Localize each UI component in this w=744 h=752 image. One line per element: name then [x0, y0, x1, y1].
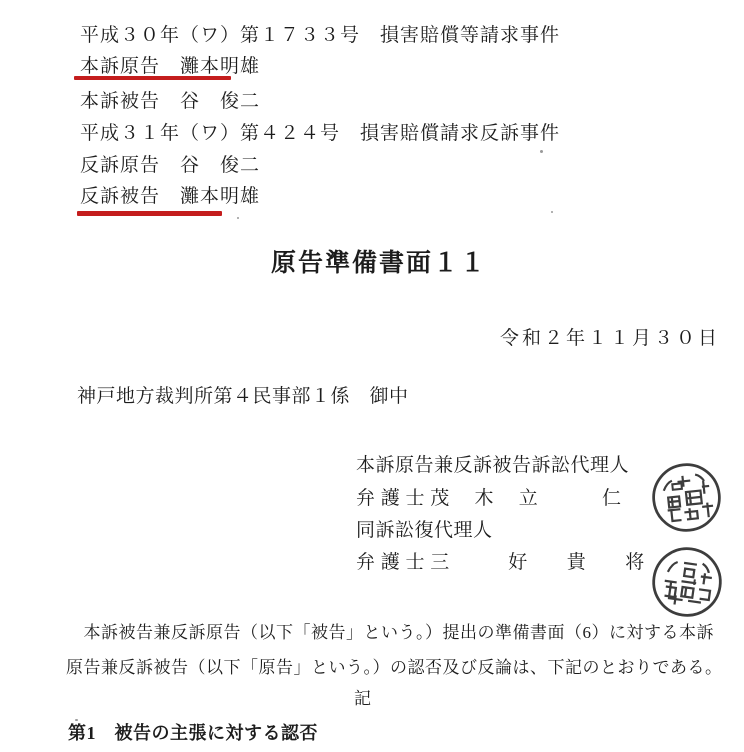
red-underline-counter-defendant [77, 211, 222, 216]
body-paragraph-line1: 本訴被告兼反訴原告（以下「被告」という。）提出の準備書面（6）に対する本訴 [66, 624, 714, 641]
document-date: 令和２年１１月３０日 [500, 329, 720, 348]
attorney1-name-line: 弁 護 士 茂 木 立 仁 [356, 489, 622, 508]
case1-defendant-line: 本訴被告 谷 俊二 [80, 92, 260, 111]
red-underline-plaintiff [74, 76, 231, 80]
scan-speck [75, 719, 78, 721]
attorney1-seal-icon [646, 457, 726, 537]
sub-representative-label: 同訴訟復代理人 [356, 521, 493, 540]
document-title: 原告準備書面１１ [271, 251, 487, 276]
case1-number-line: 平成３０年（ワ）第１７３３号 損害賠償等請求事件 [80, 26, 560, 45]
scan-speck [540, 150, 543, 153]
case1-plaintiff-line: 本訴原告 灘本明雄 [80, 57, 260, 76]
case2-number-line: 平成３１年（ワ）第４２４号 損害賠償請求反訴事件 [80, 124, 560, 143]
case2-defendant-line: 反訴被告 灘本明雄 [80, 187, 260, 206]
case2-plaintiff-line: 反訴原告 谷 俊二 [80, 156, 260, 175]
representative-label: 本訴原告兼反訴被告訴訟代理人 [356, 456, 629, 475]
ki-marker: 記 [354, 690, 372, 707]
scan-speck [237, 217, 239, 219]
section1-heading: 第1 被告の主張に対する認否 [68, 724, 318, 742]
court-addressee-line: 神戸地方裁判所第４民事部１係 御中 [77, 387, 409, 406]
body-paragraph-line2: 原告兼反訴被告（以下「原告」という。）の認否及び反論は、下記のとおりである。 [66, 659, 723, 676]
attorney2-seal-icon [645, 540, 729, 624]
attorney2-name-line: 弁 護 士 三 好 貴 将 [356, 553, 645, 572]
legal-document-page: 平成３０年（ワ）第１７３３号 損害賠償等請求事件 本訴原告 灘本明雄 本訴被告 … [0, 0, 744, 752]
scan-speck [551, 211, 553, 213]
